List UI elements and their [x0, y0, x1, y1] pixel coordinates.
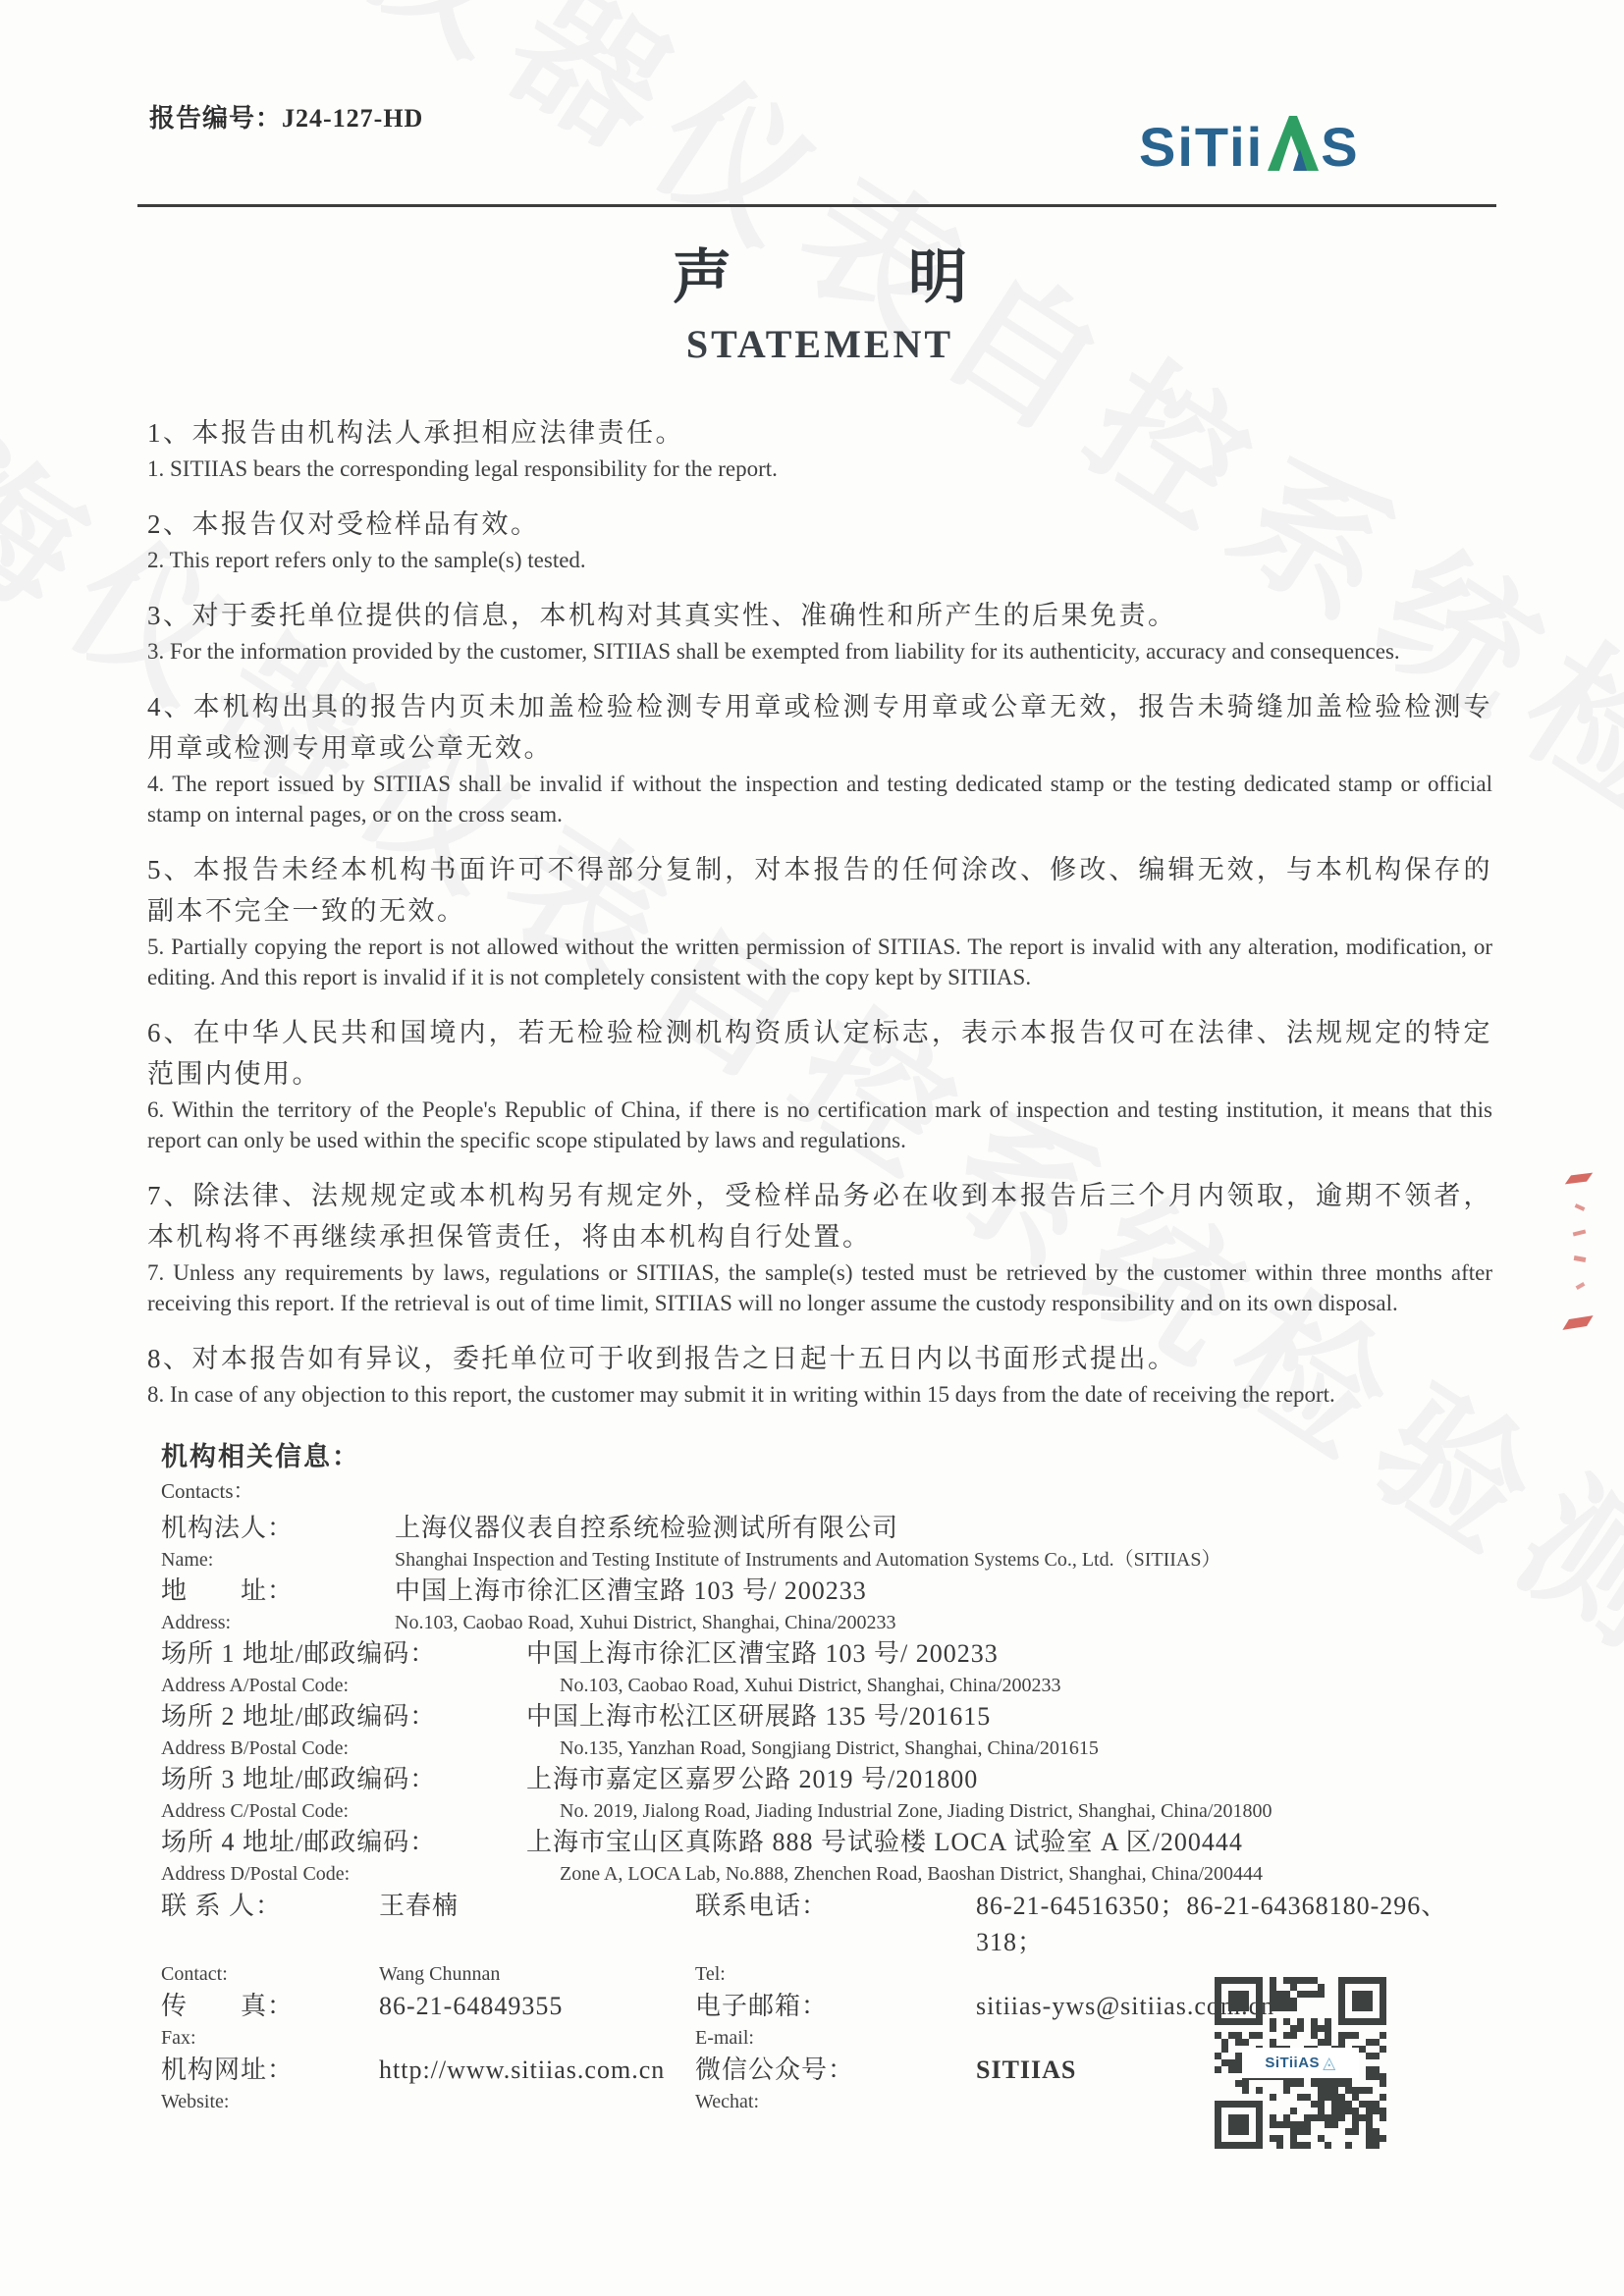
- contact-name-en: Wang Chunnan: [379, 1960, 695, 1988]
- row-value-en: No.135, Yanzhan Road, Songjiang District…: [526, 1735, 1492, 1762]
- row-label-zh: 场所 2 地址/邮政编码：: [161, 1699, 526, 1735]
- statement-item-1: 1、本报告由机构法人承担相应法律责任。 1. SITIIAS bears the…: [147, 412, 1492, 484]
- fax-label-en: Fax:: [161, 2024, 379, 2052]
- qr-logo-text: SiTiiAS: [1265, 2055, 1320, 2071]
- statement-en: 4. The report issued by SITIIAS shall be…: [147, 769, 1492, 829]
- row-value-zh: 上海仪器仪表自控系统检验测试所有限公司: [395, 1511, 1492, 1546]
- statement-zh: 6、在中华人民共和国境内，若无检验检测机构资质认定标志，表示本报告仅可在法律、法…: [147, 1012, 1492, 1095]
- row-value-zh: 上海市宝山区真陈路 888 号试验楼 LOCA 试验室 A 区/200444: [526, 1825, 1492, 1860]
- page-title-en: STATEMENT: [147, 320, 1492, 369]
- qr-center-logo: SiTiiAS ◬: [1242, 2048, 1359, 2079]
- tel-numbers: 86-21-64516350；86-21-64368180-296、318；: [976, 1888, 1492, 1960]
- statement-en: 7. Unless any requirements by laws, regu…: [147, 1257, 1492, 1318]
- row-label-en: Address D/Postal Code:: [161, 1860, 526, 1888]
- report-number: 报告编号：J24-127-HD: [149, 98, 423, 134]
- contact-row-site1: 场所 1 地址/邮政编码： 中国上海市徐汇区漕宝路 103 号/ 200233 …: [161, 1636, 1492, 1699]
- row-label-en: Address B/Postal Code:: [161, 1735, 526, 1762]
- contacts-heading-zh: 机构相关信息：: [161, 1435, 1492, 1473]
- statement-item-8: 8、对本报告如有异议，委托单位可于收到报告之日起十五日内以书面形式提出。 8. …: [147, 1338, 1492, 1410]
- wechat-label-en: Wechat:: [695, 2088, 976, 2115]
- statement-en: 3. For the information provided by the c…: [147, 636, 1492, 667]
- contact-row-person: 联 系 人： 王春楠 联系电话： 86-21-64516350；86-21-64…: [161, 1888, 1492, 1988]
- website-label: 机构网址：: [161, 2052, 379, 2088]
- row-value-en: Shanghai Inspection and Testing Institut…: [395, 1546, 1492, 1574]
- statement-en: 8. In case of any objection to this repo…: [147, 1379, 1492, 1410]
- logo-triangle-a-icon: [1264, 116, 1321, 175]
- statement-list: 1、本报告由机构法人承担相应法律责任。 1. SITIIAS bears the…: [147, 412, 1492, 1410]
- row-label-zh: 场所 3 地址/邮政编码：: [161, 1762, 526, 1797]
- row-value-zh: 中国上海市松江区研展路 135 号/201615: [526, 1699, 1492, 1735]
- statement-en: 5. Partially copying the report is not a…: [147, 932, 1492, 992]
- contact-label: 联 系 人：: [161, 1888, 379, 1960]
- statement-en: 2. This report refers only to the sample…: [147, 545, 1492, 575]
- fax-value-en: [379, 2024, 695, 2052]
- statement-item-3: 3、对于委托单位提供的信息，本机构对其真实性、准确性和所产生的后果免责。 3. …: [147, 595, 1492, 667]
- fax-number: 86-21-64849355: [379, 1988, 695, 2024]
- wechat-qr-code: SiTiiAS ◬: [1215, 1977, 1386, 2149]
- row-value-zh: 中国上海市徐汇区漕宝路 103 号/ 200233: [395, 1574, 1492, 1609]
- statement-item-6: 6、在中华人民共和国境内，若无检验检测机构资质认定标志，表示本报告仅可在法律、法…: [147, 1012, 1492, 1155]
- email-label-en: E-mail:: [695, 2024, 976, 2052]
- website-value-en: [379, 2088, 695, 2115]
- statement-zh: 1、本报告由机构法人承担相应法律责任。: [147, 412, 1492, 454]
- email-label: 电子邮箱：: [695, 1988, 976, 2024]
- row-value-zh: 中国上海市徐汇区漕宝路 103 号/ 200233: [526, 1636, 1492, 1672]
- document-body: 声 明 STATEMENT 1、本报告由机构法人承担相应法律责任。 1. SIT…: [147, 230, 1492, 2115]
- fax-label: 传 真：: [161, 1988, 379, 2024]
- row-value-zh: 上海市嘉定区嘉罗公路 2019 号/201800: [526, 1762, 1492, 1797]
- contact-name: 王春楠: [379, 1888, 695, 1960]
- wechat-label: 微信公众号：: [695, 2052, 976, 2088]
- tel-label-en: Tel:: [695, 1960, 976, 1988]
- sitiias-logo: SiTii S: [1139, 116, 1360, 175]
- row-value-en: No.103, Caobao Road, Xuhui District, Sha…: [526, 1672, 1492, 1699]
- row-value-en: No.103, Caobao Road, Xuhui District, Sha…: [395, 1609, 1492, 1636]
- statement-zh: 7、除法律、法规规定或本机构另有规定外，受检样品务必在收到本报告后三个月内领取，…: [147, 1175, 1492, 1257]
- statement-en: 1. SITIIAS bears the corresponding legal…: [147, 454, 1492, 484]
- statement-zh: 8、对本报告如有异议，委托单位可于收到报告之日起十五日内以书面形式提出。: [147, 1338, 1492, 1379]
- header-divider: [137, 204, 1496, 207]
- qr-logo-triangle-icon: ◬: [1323, 2054, 1336, 2073]
- page-title-zh: 声 明: [147, 243, 1492, 312]
- row-label-zh: 场所 1 地址/邮政编码：: [161, 1636, 526, 1672]
- logo-text-left: SiTii: [1139, 120, 1264, 175]
- contact-row-site4: 场所 4 地址/邮政编码： 上海市宝山区真陈路 888 号试验楼 LOCA 试验…: [161, 1825, 1492, 1888]
- contact-row-address: 地 址： 中国上海市徐汇区漕宝路 103 号/ 200233 Address: …: [161, 1574, 1492, 1636]
- statement-zh: 4、本机构出具的报告内页未加盖检验检测专用章或检测专用章或公章无效，报告未骑缝加…: [147, 686, 1492, 769]
- logo-text-right: S: [1321, 120, 1359, 175]
- contact-row-site3: 场所 3 地址/邮政编码： 上海市嘉定区嘉罗公路 2019 号/201800 A…: [161, 1762, 1492, 1825]
- statement-zh: 2、本报告仅对受检样品有效。: [147, 504, 1492, 545]
- row-label-zh: 场所 4 地址/邮政编码：: [161, 1825, 526, 1860]
- contact-row-site2: 场所 2 地址/邮政编码： 中国上海市松江区研展路 135 号/201615 A…: [161, 1699, 1492, 1762]
- statement-en: 6. Within the territory of the People's …: [147, 1095, 1492, 1155]
- row-label-en: Name:: [161, 1546, 395, 1574]
- statement-item-4: 4、本机构出具的报告内页未加盖检验检测专用章或检测专用章或公章无效，报告未骑缝加…: [147, 686, 1492, 829]
- website-url: http://www.sitiias.com.cn: [379, 2052, 695, 2088]
- row-label-en: Address C/Postal Code:: [161, 1797, 526, 1825]
- row-value-en: Zone A, LOCA Lab, No.888, Zhenchen Road,…: [526, 1860, 1492, 1888]
- row-value-en: No. 2019, Jialong Road, Jiading Industri…: [526, 1797, 1492, 1825]
- row-label-en: Address:: [161, 1609, 395, 1636]
- row-label-zh: 地 址：: [161, 1574, 395, 1609]
- statement-zh: 3、对于委托单位提供的信息，本机构对其真实性、准确性和所产生的后果免责。: [147, 595, 1492, 636]
- statement-document-page: 上海仪器仪表自控系统检验测试所有限公司 上海仪器仪表自控系统检验测试所有限公司 …: [0, 0, 1624, 2296]
- row-label-zh: 机构法人：: [161, 1511, 395, 1546]
- statement-zh: 5、本报告未经本机构书面许可不得部分复制，对本报告的任何涂改、修改、编辑无效，与…: [147, 849, 1492, 932]
- statement-item-5: 5、本报告未经本机构书面许可不得部分复制，对本报告的任何涂改、修改、编辑无效，与…: [147, 849, 1492, 992]
- website-label-en: Website:: [161, 2088, 379, 2115]
- contacts-heading-en: Contacts：: [161, 1475, 1492, 1505]
- statement-item-2: 2、本报告仅对受检样品有效。 2. This report refers onl…: [147, 504, 1492, 575]
- red-seal-fragment: [1567, 1174, 1591, 1346]
- contact-row-name: 机构法人： 上海仪器仪表自控系统检验测试所有限公司 Name: Shanghai…: [161, 1511, 1492, 1574]
- tel-label: 联系电话：: [695, 1888, 976, 1960]
- contact-label-en: Contact:: [161, 1960, 379, 1988]
- row-label-en: Address A/Postal Code:: [161, 1672, 526, 1699]
- statement-item-7: 7、除法律、法规规定或本机构另有规定外，受检样品务必在收到本报告后三个月内领取，…: [147, 1175, 1492, 1318]
